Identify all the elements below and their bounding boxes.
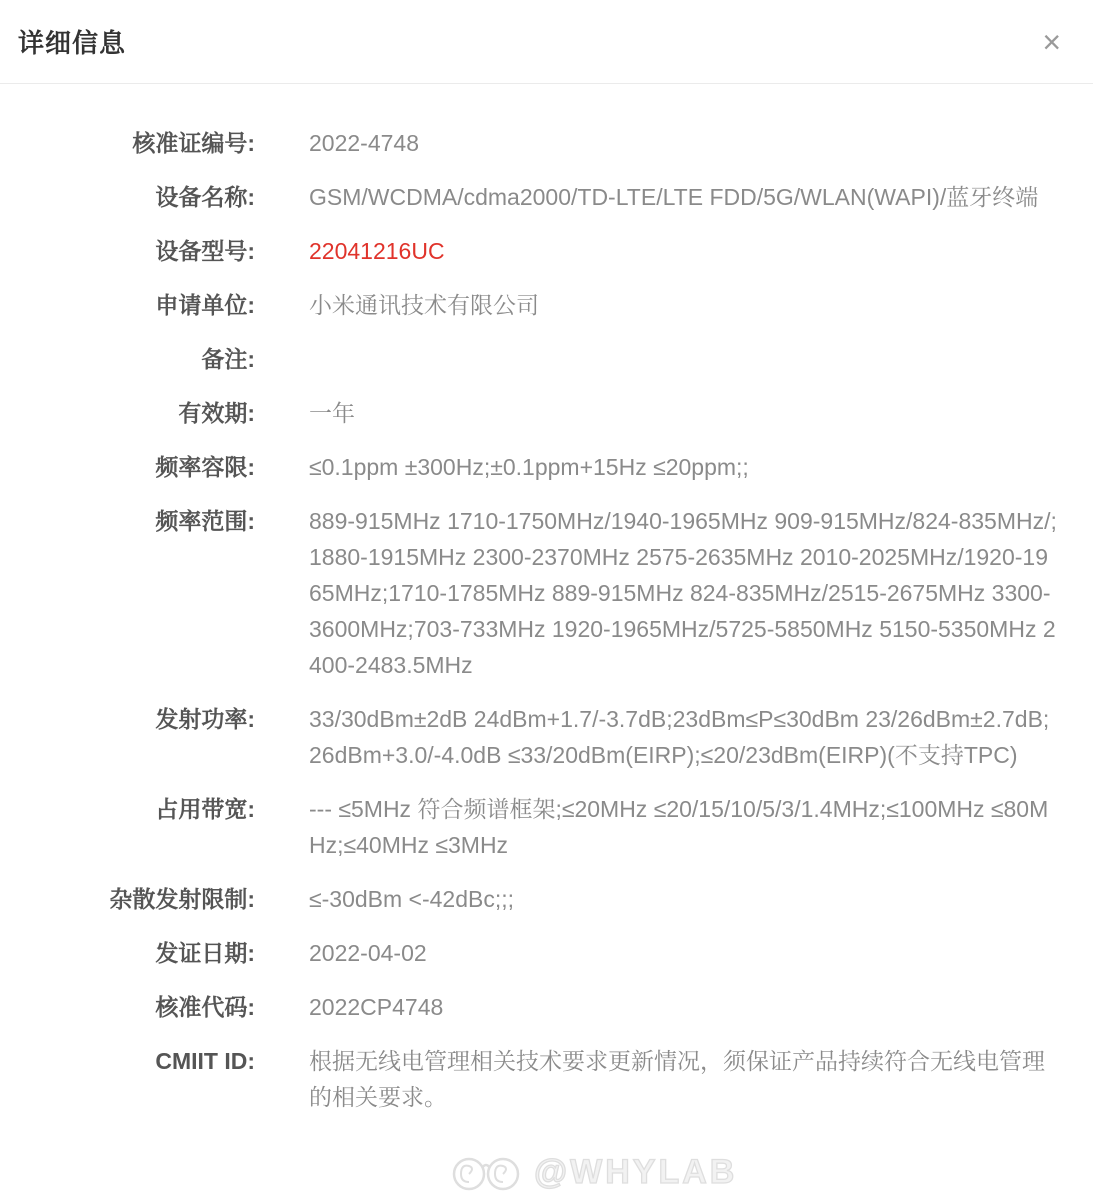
field-value-model-number: 22041216UC: [309, 233, 1058, 269]
field-row-cmiit-id: CMIIT ID: 根据无线电管理相关技术要求更新情况，须保证产品持续符合无线电…: [0, 1043, 1058, 1115]
field-label: 设备型号:: [0, 233, 255, 269]
glasses-logo-icon: [448, 1150, 530, 1194]
details-modal: 详细信息 × 核准证编号: 2022-4748 设备名称: GSM/WCDMA/…: [0, 0, 1093, 1200]
modal-title: 详细信息: [18, 23, 126, 60]
field-value: 根据无线电管理相关技术要求更新情况，须保证产品持续符合无线电管理的相关要求。: [309, 1043, 1058, 1115]
field-row-approval-cert-number: 核准证编号: 2022-4748: [0, 125, 1058, 161]
field-label: CMIIT ID:: [0, 1043, 255, 1079]
field-row-transmit-power: 发射功率: 33/30dBm±2dB 24dBm+1.7/-3.7dB;23dB…: [0, 701, 1058, 773]
field-label: 杂散发射限制:: [0, 881, 255, 917]
field-label: 发射功率:: [0, 701, 255, 737]
modal-header: 详细信息 ×: [0, 0, 1093, 84]
watermark: @WHYLAB: [448, 1150, 737, 1194]
field-value: GSM/WCDMA/cdma2000/TD-LTE/LTE FDD/5G/WLA…: [309, 179, 1058, 215]
field-row-approval-code: 核准代码: 2022CP4748: [0, 989, 1058, 1025]
modal-body: 核准证编号: 2022-4748 设备名称: GSM/WCDMA/cdma200…: [0, 84, 1093, 1143]
field-row-remarks: 备注:: [0, 341, 1058, 377]
field-label: 核准证编号:: [0, 125, 255, 161]
field-label: 备注:: [0, 341, 255, 377]
field-label: 频率范围:: [0, 503, 255, 539]
field-label: 发证日期:: [0, 935, 255, 971]
field-value: ≤0.1ppm ±300Hz;±0.1ppm+15Hz ≤20ppm;;: [309, 449, 1058, 485]
field-row-device-name: 设备名称: GSM/WCDMA/cdma2000/TD-LTE/LTE FDD/…: [0, 179, 1058, 215]
field-value: 2022CP4748: [309, 989, 1058, 1025]
field-value: 2022-04-02: [309, 935, 1058, 971]
field-value: 33/30dBm±2dB 24dBm+1.7/-3.7dB;23dBm≤P≤30…: [309, 701, 1058, 773]
field-value: [309, 341, 1058, 377]
field-label: 核准代码:: [0, 989, 255, 1025]
field-row-issue-date: 发证日期: 2022-04-02: [0, 935, 1058, 971]
watermark-text: @WHYLAB: [534, 1153, 737, 1192]
field-row-occupied-bandwidth: 占用带宽: --- ≤5MHz 符合频谱框架;≤20MHz ≤20/15/10/…: [0, 791, 1058, 863]
field-value: --- ≤5MHz 符合频谱框架;≤20MHz ≤20/15/10/5/3/1.…: [309, 791, 1058, 863]
field-row-applicant: 申请单位: 小米通讯技术有限公司: [0, 287, 1058, 323]
field-value: 2022-4748: [309, 125, 1058, 161]
close-icon[interactable]: ×: [1042, 26, 1061, 58]
field-row-validity-period: 有效期: 一年: [0, 395, 1058, 431]
field-value: 一年: [309, 395, 1058, 431]
field-label: 设备名称:: [0, 179, 255, 215]
field-value: 小米通讯技术有限公司: [309, 287, 1058, 323]
field-row-device-model: 设备型号: 22041216UC: [0, 233, 1058, 269]
field-row-spurious-emission-limit: 杂散发射限制: ≤-30dBm <-42dBc;;;: [0, 881, 1058, 917]
field-row-frequency-tolerance: 频率容限: ≤0.1ppm ±300Hz;±0.1ppm+15Hz ≤20ppm…: [0, 449, 1058, 485]
field-row-frequency-range: 频率范围: 889-915MHz 1710-1750MHz/1940-1965M…: [0, 503, 1058, 683]
field-label: 申请单位:: [0, 287, 255, 323]
field-value: ≤-30dBm <-42dBc;;;: [309, 881, 1058, 917]
field-value: 889-915MHz 1710-1750MHz/1940-1965MHz 909…: [309, 503, 1058, 683]
field-label: 频率容限:: [0, 449, 255, 485]
field-label: 占用带宽:: [0, 791, 255, 827]
field-label: 有效期:: [0, 395, 255, 431]
